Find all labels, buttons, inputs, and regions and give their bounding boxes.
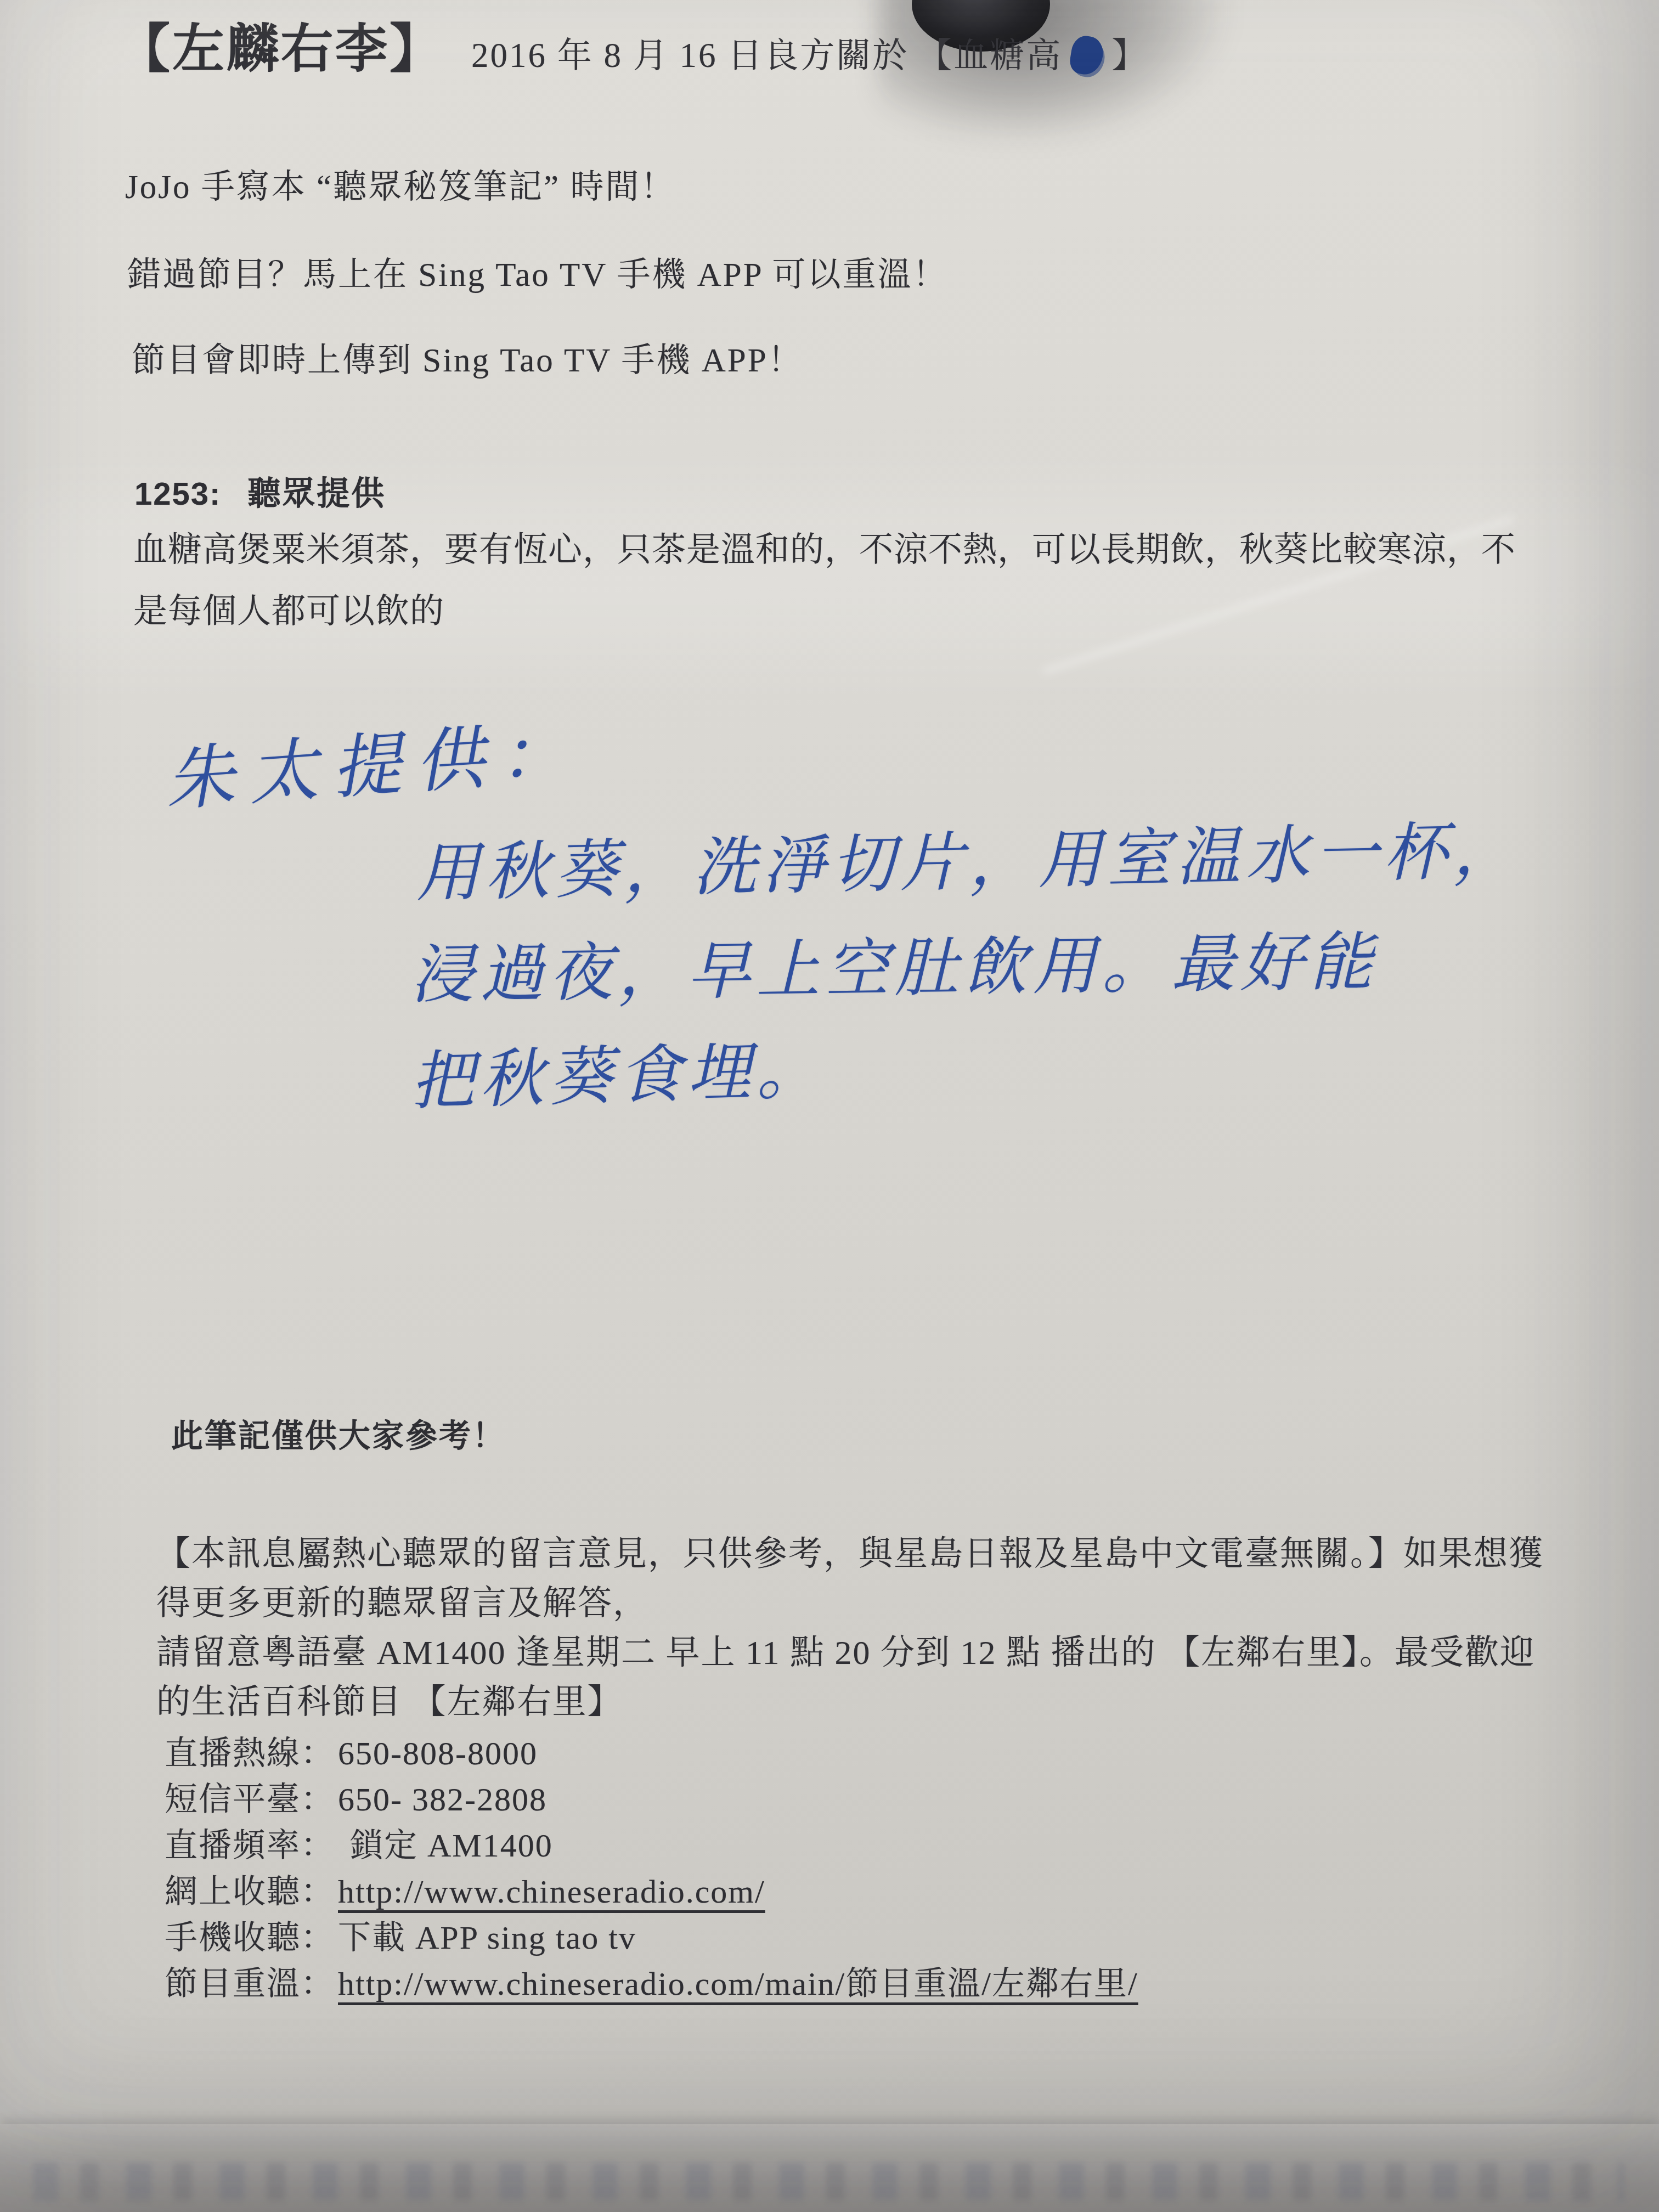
handwritten-line-3: 把秋葵食埋。 xyxy=(409,1019,826,1122)
contact-label: 網上收聽： xyxy=(165,1874,335,1910)
date-line: 2016 年 8 月 16 日良方關於 【血糖高 】 xyxy=(471,27,1148,77)
contact-value: 下載 APP sing tao tv xyxy=(338,1920,636,1956)
photographed-note-page: 【左麟右李】 2016 年 8 月 16 日良方關於 【血糖高 】 JoJo 手… xyxy=(0,0,1659,2212)
handwritten-line-1: 用秋葵，洗淨切片，用室温水一杯， xyxy=(415,799,1522,914)
handwritten-title: 朱太提供： xyxy=(162,696,585,825)
tip-number: 1253: xyxy=(134,476,221,512)
contact-row-replay: 節目重溫：http://www.chineseradio.com/main/節目… xyxy=(165,1957,1138,2005)
contact-url: http://www.chineseradio.com/main/節目重溫/左鄰… xyxy=(338,1966,1138,2002)
tip-header: 1253: 聽眾提供 xyxy=(134,467,386,515)
handwritten-line-2: 浸過夜，早上空肚飲用。最好能 xyxy=(410,911,1379,1016)
contact-row-web-listen: 網上收聽：http://www.chineseradio.com/ xyxy=(165,1865,765,1912)
reference-note: 此筆記僅供大家參考！ xyxy=(171,1410,506,1456)
contact-label: 直播熱線： xyxy=(165,1735,335,1771)
contact-value: 650-808-8000 xyxy=(338,1735,538,1771)
tip-body-line-1: 血糖高煲粟米須茶，要有恆心，只茶是溫和的，不涼不熱，可以長期飲，秋葵比較寒涼，不 xyxy=(133,522,1516,571)
contact-row-sms: 短信平臺：650- 382-2808 xyxy=(165,1773,547,1820)
contact-label: 節目重溫： xyxy=(165,1966,335,2002)
intro-line-3: 節目會即時上傳到 Sing Tao TV 手機 APP！ xyxy=(132,334,803,381)
ghost-text-bleed xyxy=(33,2163,1624,2201)
contact-label: 手機收聽： xyxy=(165,1920,335,1956)
intro-line-2: 錯過節目？馬上在 Sing Tao TV 手機 APP 可以重溫！ xyxy=(127,248,948,296)
paper-bottom-edge xyxy=(0,2124,1659,2212)
program-title: 【左麟右李】 xyxy=(118,8,444,82)
paper-sheen xyxy=(0,494,1659,658)
contact-url: http://www.chineseradio.com/ xyxy=(338,1874,765,1910)
disclaimer-line-1: 【本訊息屬熱心聽眾的留言意見，只供參考，與星島日報及星島中文電臺無關。】如果想獲 xyxy=(156,1526,1544,1575)
contact-label: 直播頻率： xyxy=(165,1827,335,1864)
contact-row-mobile-listen: 手機收聽：下載 APP sing tao tv xyxy=(165,1911,636,1959)
disclaimer-line-3: 請留意粵語臺 AM1400 逢星期二 早上 11 點 20 分到 12 點 播出… xyxy=(156,1625,1535,1674)
intro-line-1: JoJo 手寫本 “聽眾秘笈筆記” 時間！ xyxy=(125,160,675,208)
disclaimer-line-4: 的生活百科節目 【左鄰右里】 xyxy=(156,1674,623,1723)
tip-body-line-2: 是每個人都可以飲的 xyxy=(133,584,444,633)
ink-blot xyxy=(1068,34,1105,77)
date-text: 2016 年 8 月 16 日良方關於 xyxy=(471,27,909,77)
contact-value: 650- 382-2808 xyxy=(338,1781,547,1818)
tip-source: 聽眾提供 xyxy=(247,476,386,512)
topic-label: 【血糖高 xyxy=(917,27,1062,77)
contact-row-hotline: 直播熱線：650-808-8000 xyxy=(165,1727,538,1774)
contact-value: 鎖定 AM1400 xyxy=(350,1827,553,1864)
topic-close-bracket: 】 xyxy=(1111,27,1148,77)
contact-row-frequency: 直播頻率：鎖定 AM1400 xyxy=(165,1819,553,1866)
disclaimer-line-2: 得更多更新的聽眾留言及解答， xyxy=(156,1576,648,1624)
contact-label: 短信平臺： xyxy=(165,1781,335,1818)
header-row: 【左麟右李】 2016 年 8 月 16 日良方關於 【血糖高 】 xyxy=(118,8,1148,82)
